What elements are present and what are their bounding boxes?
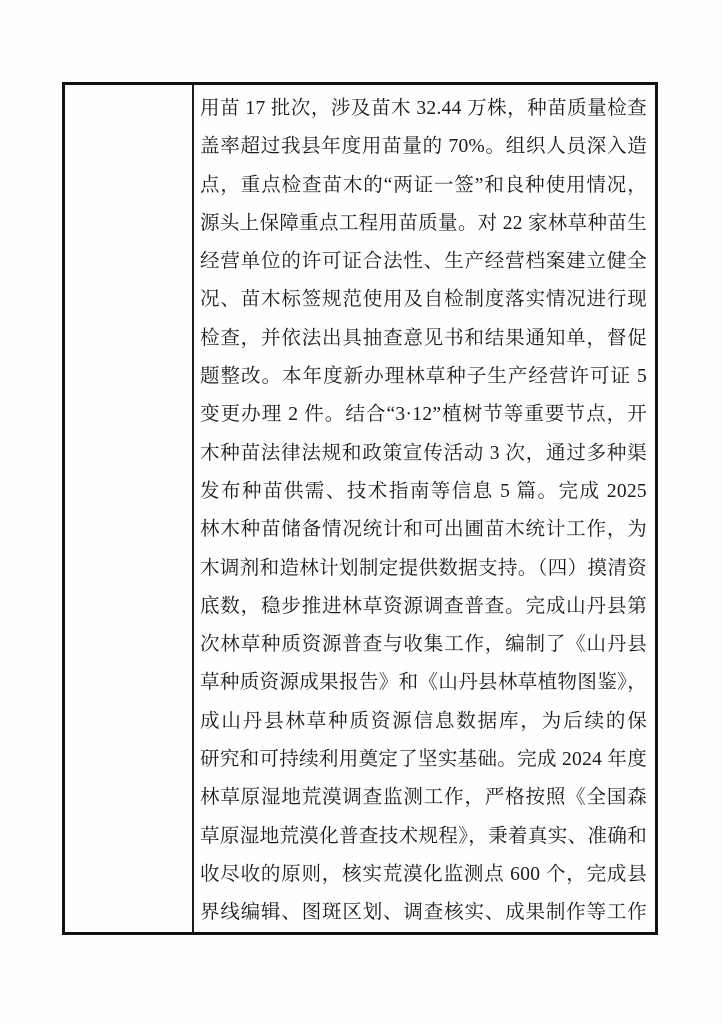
- report-table-row: 用苗 17 批次，涉及苗木 32.44 万株，种苗质量检查覆盖率超过我县年度用苗…: [62, 82, 658, 935]
- text-line: 盖率超过我县年度用苗量的 70%。组织人员深入造林: [200, 128, 647, 166]
- text-line: 用苗 17 批次，涉及苗木 32.44 万株，种苗质量检查覆: [200, 90, 647, 128]
- text-line: 底数，稳步推进林草资源调查普查。完成山丹县第一: [200, 588, 647, 626]
- text-line: 研究和可持续利用奠定了坚实基础。完成 2024 年度森: [200, 741, 647, 779]
- text-line: 林草原湿地荒漠调查监测工作，严格按照《全国森林: [200, 779, 647, 817]
- text-line: 界线编辑、图斑区划、调查核实、成果制作等工作过: [200, 894, 647, 932]
- text-line: 成山丹县林草种质资源信息数据库，为后续的保护、: [200, 703, 647, 741]
- text-line: 木种苗法律法规和政策宣传活动 3 次，通过多种渠道: [200, 435, 647, 473]
- text-line: 题整改。本年度新办理林草种子生产经营许可证 5 件，: [200, 358, 647, 396]
- table-content-cell: 用苗 17 批次，涉及苗木 32.44 万株，种苗质量检查覆盖率超过我县年度用苗…: [194, 85, 655, 932]
- document-page: 用苗 17 批次，涉及苗木 32.44 万株，种苗质量检查覆盖率超过我县年度用苗…: [0, 0, 722, 1024]
- text-line: 变更办理 2 件。结合“3·12”植树节等重要节点，开展林: [200, 396, 647, 434]
- text-line: 草种质资源成果报告》和《山丹县林草植物图鉴》，建: [200, 664, 647, 702]
- text-line: 源头上保障重点工程用苗质量。对 22 家林草种苗生产: [200, 205, 647, 243]
- text-line: 收尽收的原则，核实荒漠化监测点 600 个，完成县级: [200, 856, 647, 894]
- text-line: 林木种苗储备情况统计和可出圃苗木统计工作，为苗: [200, 511, 647, 549]
- text-line: 发布种苗供需、技术指南等信息 5 篇。完成 2025 年度: [200, 473, 647, 511]
- text-line: 检查，并依法出具抽查意见书和结果通知单，督促问: [200, 320, 647, 358]
- text-line: 草原湿地荒漠化普查技术规程》，秉着真实、准确和应: [200, 818, 647, 856]
- text-line: 经营单位的许可证合法性、生产经营档案建立健全情: [200, 243, 647, 281]
- text-line: 点，重点检查苗木的“两证一签”和良种使用情况，从: [200, 167, 647, 205]
- text-line: 次林草种质资源普查与收集工作，编制了《山丹县林: [200, 626, 647, 664]
- text-line: 木调剂和造林计划制定提供数据支持。（四）摸清资源: [200, 550, 647, 588]
- table-left-empty-cell: [65, 85, 194, 932]
- text-line: 况、苗木标签规范使用及自检制度落实情况进行现场: [200, 281, 647, 319]
